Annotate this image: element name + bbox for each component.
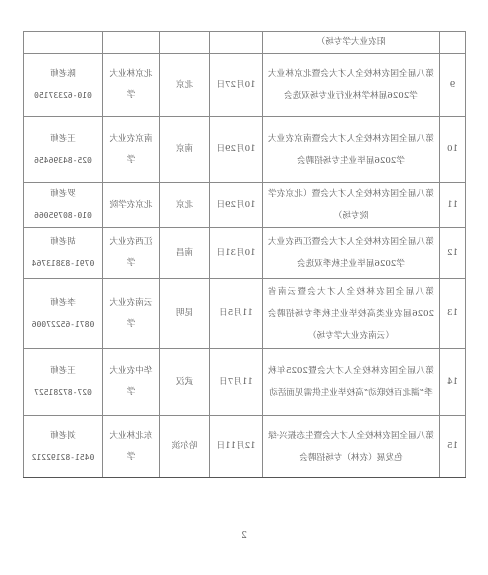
cell-contact: 刘老师 0451-82192212 bbox=[24, 416, 103, 478]
cell-event-name: 第八届全国农林校全人才大会暨南京农业大学2026届毕业生专场招聘会 bbox=[263, 117, 440, 183]
cell-host: 北京林业大学 bbox=[103, 54, 160, 117]
cell-event-name: 阳农业大学专场） bbox=[263, 32, 440, 54]
cell-city bbox=[160, 32, 210, 54]
table-row: 10 第八届全国农林校全人才大会暨南京农业大学2026届毕业生专场招聘会 10月… bbox=[24, 117, 466, 183]
cell-city: 南京 bbox=[160, 117, 210, 183]
contact-name: 李老师 bbox=[27, 293, 99, 314]
cell-no: 9 bbox=[440, 54, 466, 117]
cell-contact bbox=[24, 32, 103, 54]
cell-no: 13 bbox=[440, 279, 466, 349]
cell-date: 11月7日 bbox=[210, 349, 263, 416]
cell-date: 11月5日 bbox=[210, 279, 263, 349]
table-row: 15 第八届全国农林校全人才大会暨生态振兴·绿色发展（农林）专场招聘会 12月1… bbox=[24, 416, 466, 478]
table-row-continued: 阳农业大学专场） bbox=[24, 32, 466, 54]
cell-host: 北京农学院 bbox=[103, 183, 160, 228]
contact-phone: 0871-65227006 bbox=[27, 314, 99, 335]
contact-phone: 010-62337150 bbox=[27, 85, 99, 106]
cell-date: 10月29日 bbox=[210, 117, 263, 183]
cell-contact: 罗老师 010-80795066 bbox=[24, 183, 103, 228]
cell-no bbox=[440, 32, 466, 54]
table-row: 14 第八届全国农林校全人才大会暨2025年秋季“湖北百校联动”高校毕业生供需见… bbox=[24, 349, 466, 416]
table-row: 11 第八届全国农林校全人才大会暨（北京农学院专场） 10月29日 北京 北京农… bbox=[24, 183, 466, 228]
contact-phone: 025-84396456 bbox=[27, 150, 99, 171]
cell-host: 南京农业大学 bbox=[103, 117, 160, 183]
mirrored-document-page: 阳农业大学专场） 9 第八届全国农林校全人才大会暨北京林业大学2026届林学林业… bbox=[0, 0, 488, 575]
cell-event-name: 第八届全国农林校全人才大会暨2025年秋季“湖北百校联动”高校毕业生供需见面活动 bbox=[263, 349, 440, 416]
cell-date: 10月29日 bbox=[210, 183, 263, 228]
cell-city: 北京 bbox=[160, 183, 210, 228]
contact-phone: 0451-82192212 bbox=[27, 447, 99, 468]
cell-no: 15 bbox=[440, 416, 466, 478]
job-fair-schedule-table: 阳农业大学专场） 9 第八届全国农林校全人才大会暨北京林业大学2026届林学林业… bbox=[23, 31, 466, 478]
cell-event-name: 第八届全国农林校全人才大会暨云南省2026届农业类高校毕业生秋季专场招聘会（云南… bbox=[263, 279, 440, 349]
cell-date: 12月11日 bbox=[210, 416, 263, 478]
cell-city: 北京 bbox=[160, 54, 210, 117]
table-row: 13 第八届全国农林校全人才大会暨云南省2026届农业类高校毕业生秋季专场招聘会… bbox=[24, 279, 466, 349]
cell-no: 14 bbox=[440, 349, 466, 416]
cell-event-name: 第八届全国农林校全人才大会暨（北京农学院专场） bbox=[263, 183, 440, 228]
cell-host: 华中农业大学 bbox=[103, 349, 160, 416]
contact-name: 刘老师 bbox=[27, 426, 99, 447]
cell-contact: 王老师 027-87281527 bbox=[24, 349, 103, 416]
contact-name: 陈老师 bbox=[27, 64, 99, 85]
contact-phone: 010-80795066 bbox=[27, 205, 99, 226]
contact-phone: 0791-83813764 bbox=[27, 253, 99, 274]
cell-no: 11 bbox=[440, 183, 466, 228]
cell-host: 云南农业大学 bbox=[103, 279, 160, 349]
contact-name: 王老师 bbox=[27, 361, 99, 382]
cell-date bbox=[210, 32, 263, 54]
cell-date: 10月31日 bbox=[210, 228, 263, 279]
contact-phone: 027-87281527 bbox=[27, 382, 99, 403]
cell-contact: 李老师 0871-65227006 bbox=[24, 279, 103, 349]
cell-event-name: 第八届全国农林校全人才大会暨生态振兴·绿色发展（农林）专场招聘会 bbox=[263, 416, 440, 478]
cell-host: 东北林业大学 bbox=[103, 416, 160, 478]
cell-event-name: 第八届全国农林校全人才大会暨江西农业大学2026届毕业生秋季双选会 bbox=[263, 228, 440, 279]
contact-name: 罗老师 bbox=[27, 184, 99, 205]
cell-contact: 胡老师 0791-83813764 bbox=[24, 228, 103, 279]
cell-event-name: 第八届全国农林校全人才大会暨北京林业大学2026届林学林业行业专场双选会 bbox=[263, 54, 440, 117]
page-number: 2 bbox=[0, 531, 488, 541]
cell-contact: 陈老师 010-62337150 bbox=[24, 54, 103, 117]
cell-city: 武汉 bbox=[160, 349, 210, 416]
cell-host: 江西农业大学 bbox=[103, 228, 160, 279]
table-row: 9 第八届全国农林校全人才大会暨北京林业大学2026届林学林业行业专场双选会 1… bbox=[24, 54, 466, 117]
table-row: 12 第八届全国农林校全人才大会暨江西农业大学2026届毕业生秋季双选会 10月… bbox=[24, 228, 466, 279]
cell-host bbox=[103, 32, 160, 54]
cell-date: 10月27日 bbox=[210, 54, 263, 117]
cell-city: 昆明 bbox=[160, 279, 210, 349]
contact-name: 王老师 bbox=[27, 129, 99, 150]
cell-city: 哈尔滨 bbox=[160, 416, 210, 478]
cell-city: 南昌 bbox=[160, 228, 210, 279]
cell-no: 10 bbox=[440, 117, 466, 183]
cell-contact: 王老师 025-84396456 bbox=[24, 117, 103, 183]
cell-no: 12 bbox=[440, 228, 466, 279]
contact-name: 胡老师 bbox=[27, 232, 99, 253]
